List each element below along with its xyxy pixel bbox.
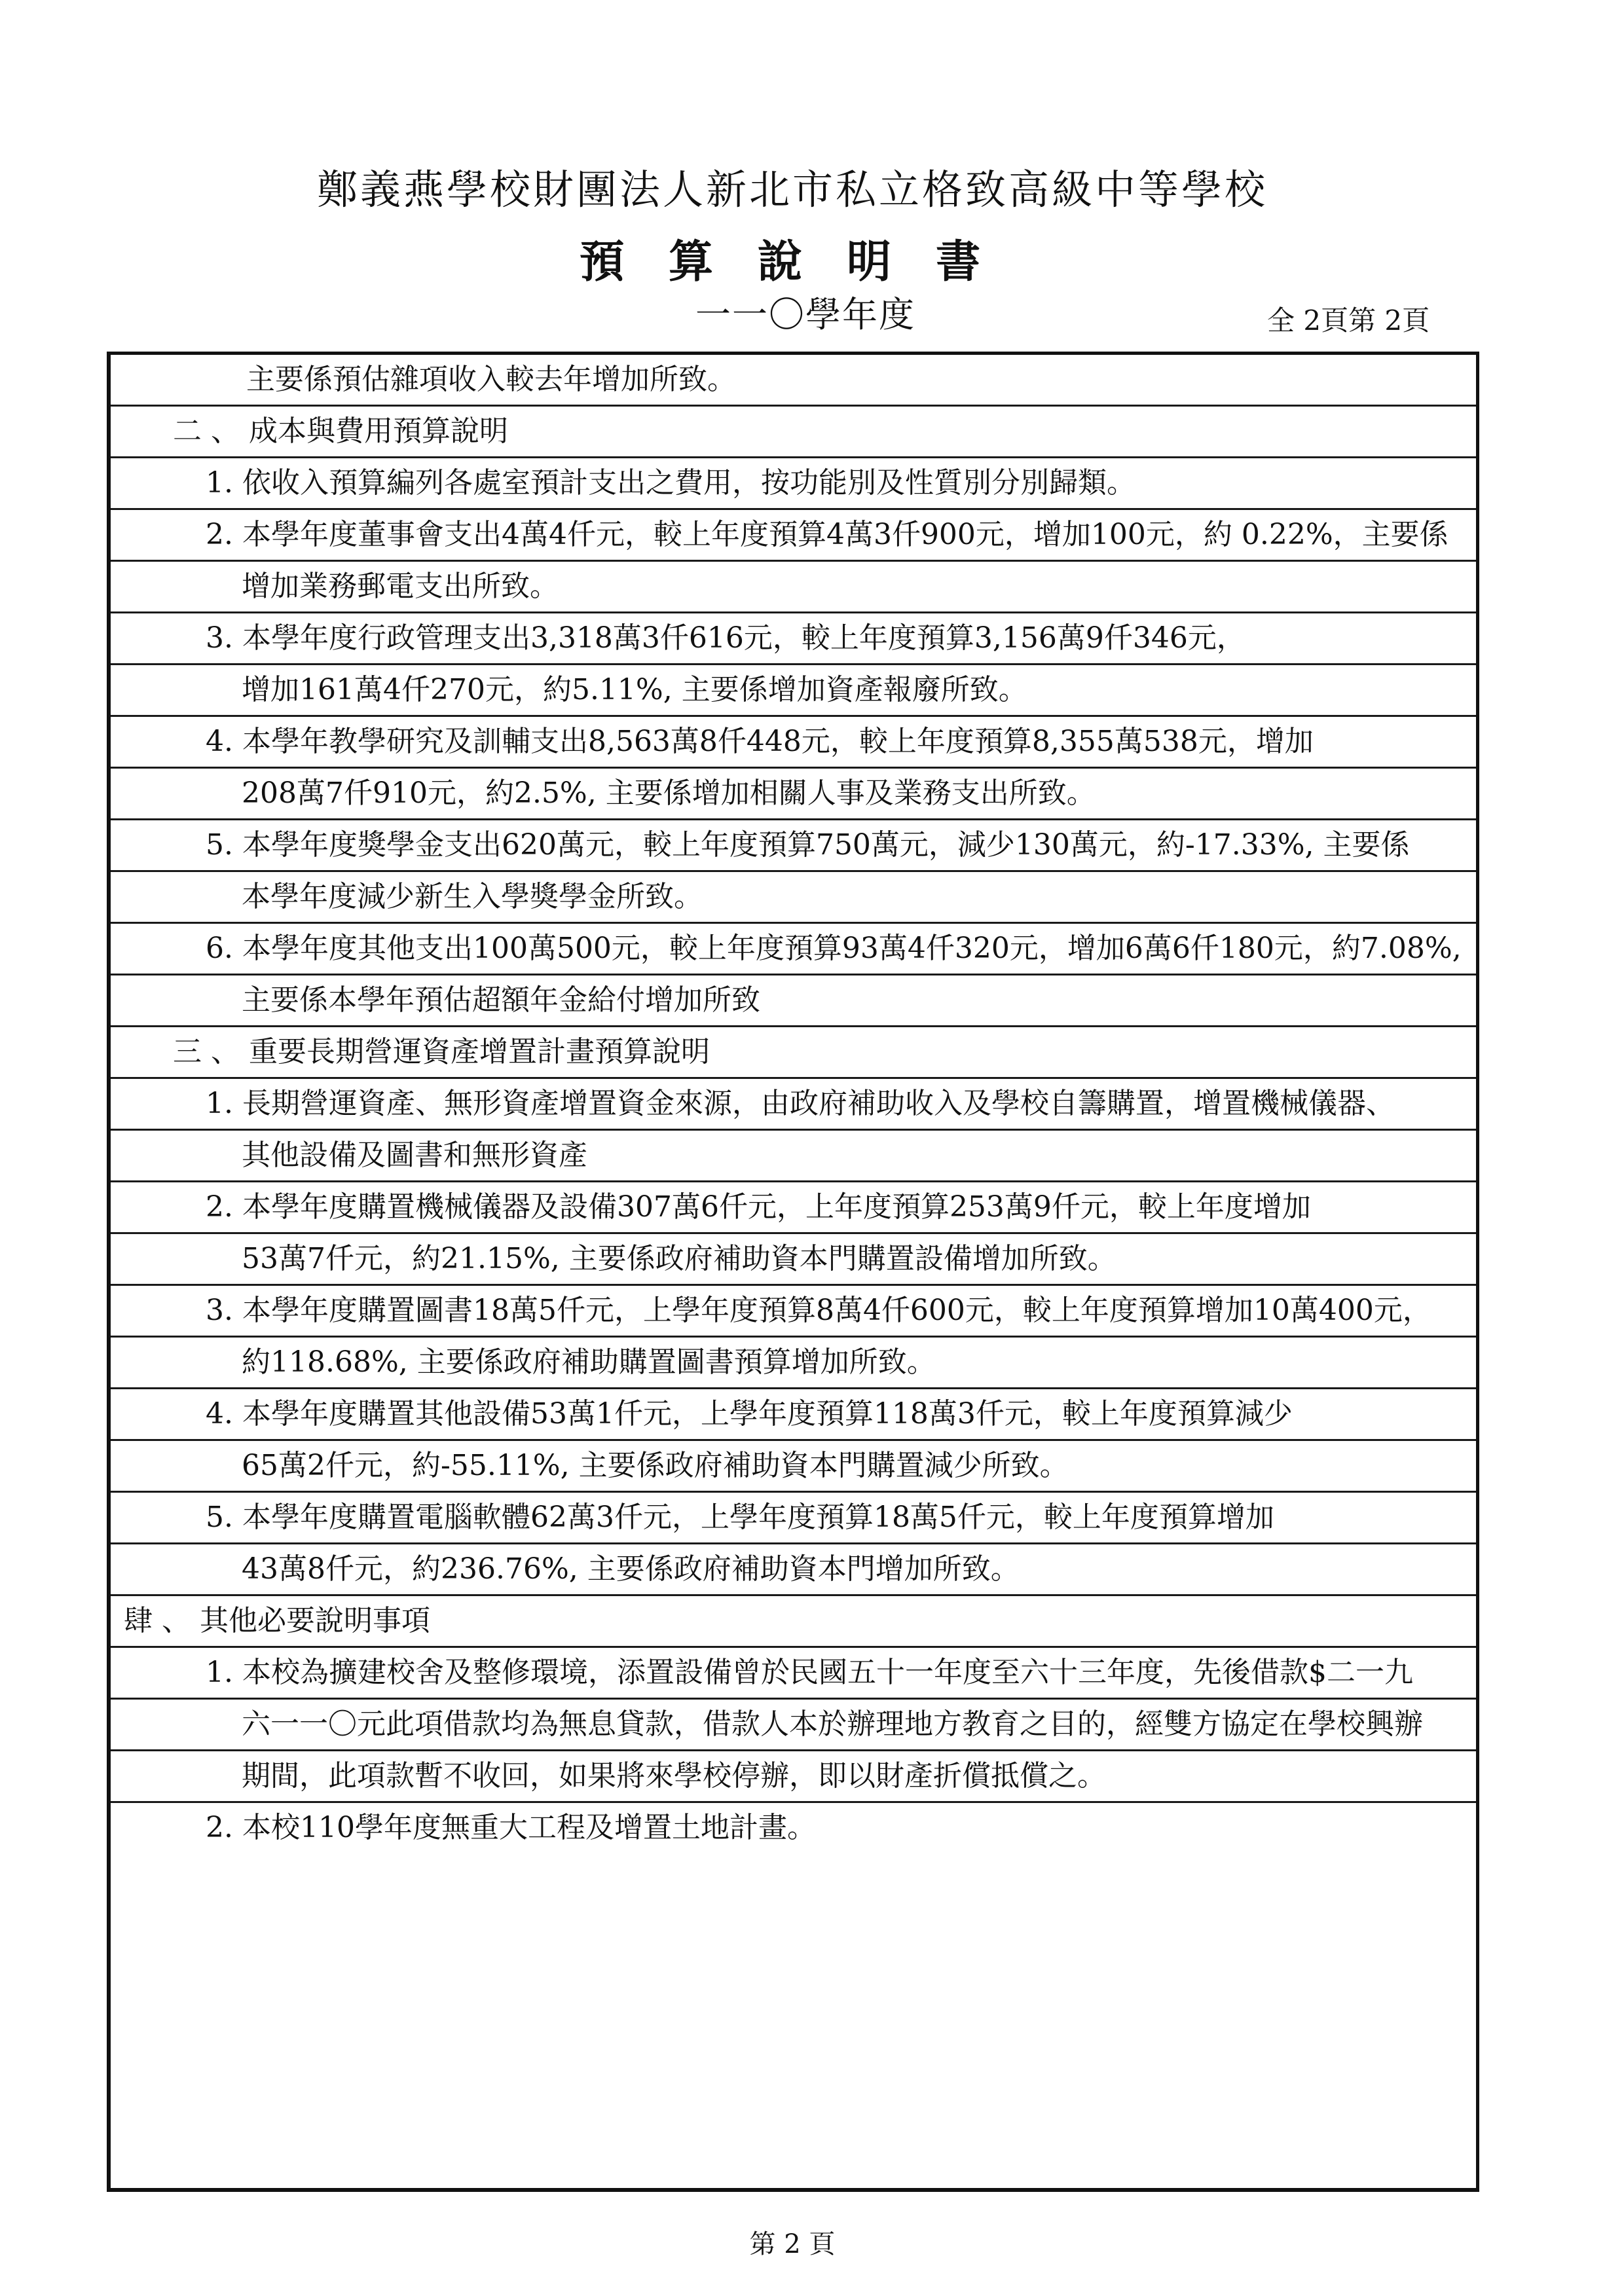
- text-row-continuation: 主要係預估雜項收入較去年增加所致。: [111, 355, 1476, 407]
- row-text: 5. 本學年度獎學金支出620萬元，較上年度預算750萬元，減少130萬元，約-…: [206, 820, 1410, 870]
- row-text: 本學年度減少新生入學獎學金所致。: [242, 872, 703, 922]
- list-item-continuation: 208萬7仟910元，約2.5%, 主要係增加相關人事及業務支出所致。: [111, 769, 1476, 820]
- row-text: 3. 本學年度行政管理支出3,318萬3仟616元，較上年度預算3,156萬9仟…: [206, 613, 1246, 663]
- list-item-continuation: 主要係本學年預估超額年金給付增加所致: [111, 975, 1476, 1027]
- document-title: 預算說明書: [0, 234, 1604, 289]
- list-item: 3. 本學年度行政管理支出3,318萬3仟616元，較上年度預算3,156萬9仟…: [111, 613, 1476, 665]
- list-item: 3. 本學年度購置圖書18萬5仟元，上學年度預算8萬4仟600元，較上年度預算增…: [111, 1286, 1476, 1338]
- row-text: 其他設備及圖書和無形資產: [242, 1131, 587, 1180]
- list-item-continuation: 約118.68%, 主要係政府補助購置圖書預算增加所致。: [111, 1338, 1476, 1389]
- row-text: 4. 本學年教學研究及訓輔支出8,563萬8仟448元，較上年度預算8,355萬…: [206, 717, 1314, 767]
- list-item: 6. 本學年度其他支出100萬500元，較上年度預算93萬4仟320元，增加6萬…: [111, 924, 1476, 975]
- list-item: 4. 本學年度購置其他設備53萬1仟元，上學年度預算118萬3仟元，較上年度預算…: [111, 1389, 1476, 1441]
- list-item: 2. 本學年度董事會支出4萬4仟元，較上年度預算4萬3仟900元，增加100元，…: [111, 510, 1476, 562]
- row-text: 2. 本學年度購置機械儀器及設備307萬6仟元，上年度預算253萬9仟元，較上年…: [206, 1182, 1311, 1232]
- row-text: 5. 本學年度購置電腦軟體62萬3仟元，上學年度預算18萬5仟元，較上年度預算增…: [206, 1493, 1274, 1542]
- row-text: 六一一〇元此項借款均為無息貸款，借款人本於辦理地方教育之目的，經雙方協定在學校興…: [242, 1700, 1423, 1749]
- content-rows: 主要係預估雜項收入較去年增加所致。 二 、 成本與費用預算說明 1. 依收入預算…: [111, 355, 1476, 1853]
- row-text: 1. 本校為擴建校舍及整修環境，添置設備曾於民國五十一年度至六十三年度，先後借款…: [206, 1648, 1413, 1698]
- section-heading-text: 三 、 重要長期營運資產增置計畫預算說明: [173, 1027, 710, 1077]
- list-item: 2. 本學年度購置機械儀器及設備307萬6仟元，上年度預算253萬9仟元，較上年…: [111, 1182, 1476, 1234]
- list-item: 1. 長期營運資產、無形資產增置資金來源，由政府補助收入及學校自籌購置，增置機械…: [111, 1079, 1476, 1131]
- row-text: 2. 本校110學年度無重大工程及增置土地計畫。: [206, 1803, 816, 1853]
- row-text: 增加業務郵電支出所致。: [242, 562, 559, 611]
- list-item-continuation: 其他設備及圖書和無形資產: [111, 1131, 1476, 1182]
- row-text: 約118.68%, 主要係政府補助購置圖書預算增加所致。: [242, 1338, 936, 1387]
- list-item-continuation: 本學年度減少新生入學獎學金所致。: [111, 872, 1476, 924]
- row-text: 主要係預估雜項收入較去年增加所致。: [246, 355, 736, 405]
- list-item-continuation: 53萬7仟元，約21.15%, 主要係政府補助資本門購置設備增加所致。: [111, 1234, 1476, 1286]
- list-item-continuation: 43萬8仟元，約236.76%, 主要係政府補助資本門增加所致。: [111, 1544, 1476, 1596]
- list-item-continuation: 六一一〇元此項借款均為無息貸款，借款人本於辦理地方教育之目的，經雙方協定在學校興…: [111, 1700, 1476, 1751]
- row-text: 1. 依收入預算編列各處室預計支出之費用，按功能別及性質別分別歸類。: [206, 458, 1135, 508]
- page-count: 全 2頁第 2頁: [1267, 302, 1430, 339]
- page-footer: 第 2 頁: [0, 2226, 1585, 2263]
- row-text: 4. 本學年度購置其他設備53萬1仟元，上學年度預算118萬3仟元，較上年度預算…: [206, 1389, 1293, 1439]
- list-item-continuation: 期間，此項款暫不收回，如果將來學校停辦，即以財產折償抵償之。: [111, 1751, 1476, 1803]
- row-text: 期間，此項款暫不收回，如果將來學校停辦，即以財產折償抵償之。: [242, 1751, 1106, 1801]
- row-text: 3. 本學年度購置圖書18萬5仟元，上學年度預算8萬4仟600元，較上年度預算增…: [206, 1286, 1431, 1336]
- list-item: 1. 本校為擴建校舍及整修環境，添置設備曾於民國五十一年度至六十三年度，先後借款…: [111, 1648, 1476, 1700]
- row-text: 65萬2仟元，約-55.11%, 主要係政府補助資本門購置減少所致。: [242, 1441, 1069, 1491]
- list-item: 1. 依收入預算編列各處室預計支出之費用，按功能別及性質別分別歸類。: [111, 458, 1476, 510]
- section-heading-4: 肆 、 其他必要說明事項: [111, 1596, 1476, 1648]
- list-item-continuation: 增加業務郵電支出所致。: [111, 562, 1476, 613]
- section-heading-text: 肆 、 其他必要說明事項: [124, 1596, 430, 1646]
- row-text: 主要係本學年預估超額年金給付增加所致: [242, 975, 760, 1025]
- list-item: 5. 本學年度購置電腦軟體62萬3仟元，上學年度預算18萬5仟元，較上年度預算增…: [111, 1493, 1476, 1544]
- section-heading-3: 三 、 重要長期營運資產增置計畫預算說明: [111, 1027, 1476, 1079]
- list-item-continuation: 65萬2仟元，約-55.11%, 主要係政府補助資本門購置減少所致。: [111, 1441, 1476, 1493]
- row-text: 增加161萬4仟270元，約5.11%, 主要係增加資產報廢所致。: [242, 665, 1027, 715]
- list-item: 2. 本校110學年度無重大工程及增置土地計畫。: [111, 1803, 1476, 1853]
- list-item: 4. 本學年教學研究及訓輔支出8,563萬8仟448元，較上年度預算8,355萬…: [111, 717, 1476, 769]
- section-heading-2: 二 、 成本與費用預算說明: [111, 407, 1476, 458]
- row-text: 53萬7仟元，約21.15%, 主要係政府補助資本門購置設備增加所致。: [242, 1234, 1116, 1284]
- organization-title: 鄭義燕學校財團法人新北市私立格致高級中等學校: [0, 164, 1585, 216]
- row-text: 2. 本學年度董事會支出4萬4仟元，較上年度預算4萬3仟900元，增加100元，…: [206, 510, 1449, 560]
- row-text: 43萬8仟元，約236.76%, 主要係政府補助資本門增加所致。: [242, 1544, 1020, 1594]
- row-text: 1. 長期營運資產、無形資產增置資金來源，由政府補助收入及學校自籌購置，增置機械…: [206, 1079, 1395, 1129]
- list-item-continuation: 增加161萬4仟270元，約5.11%, 主要係增加資產報廢所致。: [111, 665, 1476, 717]
- content-frame: 主要係預估雜項收入較去年增加所致。 二 、 成本與費用預算說明 1. 依收入預算…: [107, 352, 1479, 2192]
- row-text: 208萬7仟910元，約2.5%, 主要係增加相關人事及業務支出所致。: [242, 769, 1096, 818]
- list-item: 5. 本學年度獎學金支出620萬元，較上年度預算750萬元，減少130萬元，約-…: [111, 820, 1476, 872]
- section-heading-text: 二 、 成本與費用預算說明: [173, 407, 508, 456]
- row-text: 6. 本學年度其他支出100萬500元，較上年度預算93萬4仟320元，增加6萬…: [206, 924, 1462, 974]
